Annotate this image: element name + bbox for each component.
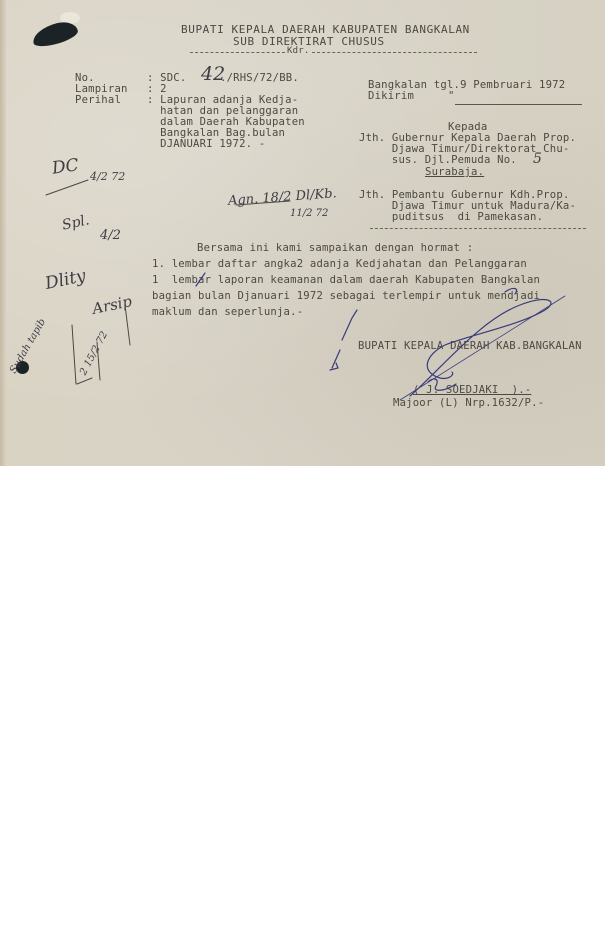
signatory-name: ( J. SOEDJAKI ).- <box>413 385 531 396</box>
no-suffix: ./RHS/72/BB. <box>220 73 299 84</box>
handwritten-note-spl: Spl. <box>61 212 91 233</box>
punch-hole <box>30 19 79 50</box>
handwritten-note-agenda: Agn. 18/2 Dl/Kb. <box>228 186 338 209</box>
handwritten-note-dlity: Dlity <box>43 266 87 294</box>
handwritten-note-arsip: Arsip <box>91 292 134 318</box>
body-line: 1. lembar daftar angka2 adanja Kedjahata… <box>152 259 527 270</box>
body-line: maklum dan seperlunja.- <box>152 307 303 318</box>
handwritten-note-dc-date: 4/2 72 <box>90 170 125 183</box>
signatory-rank: Majoor (L) Nrp.1632/P.- <box>393 398 544 409</box>
addressee-1-no-handwritten: 5 <box>533 151 542 167</box>
letterhead-rule-right <box>312 52 477 53</box>
letterhead-code: Kdr. <box>287 46 309 57</box>
dikirim-rule <box>455 104 582 105</box>
perihal-line: DJANUARI 1972. - <box>147 139 265 150</box>
scanned-letter: BUPATI KEPALA DAERAH KABUPATEN BANGKALAN… <box>0 0 605 466</box>
signatory-title: BUPATI KEPALA DAERAH KAB.BANGKALAN <box>358 341 582 352</box>
scan-edge <box>0 0 6 466</box>
dikirim-label: Dikirim <box>368 91 414 102</box>
letterhead-title: BUPATI KEPALA DAERAH KABUPATEN BANGKALAN <box>181 24 470 35</box>
addressee-2-rule <box>370 228 586 229</box>
letterhead-rule-left <box>190 52 285 53</box>
handwritten-note-agenda-date: 11/2 72 <box>290 208 328 219</box>
dikirim-ditto: " <box>448 91 455 102</box>
perihal-label: Perihal <box>75 95 121 106</box>
handwritten-note-sudah-date: 2 15/2 72 <box>78 330 110 377</box>
body-opening: Bersama ini kami sampaikan dengan hormat… <box>197 243 473 254</box>
addressee-2-line: puditsus di Pamekasan. <box>359 212 543 223</box>
handwritten-note-spl-date: 4/2 <box>100 228 121 243</box>
addressee-1-city: Surabaja. <box>425 167 484 178</box>
handwritten-note-dc: DC <box>51 155 80 179</box>
body-line: bagian bulan Djanuari 1972 sebagai terle… <box>152 291 540 302</box>
addressee-1-line: sus. Djl.Pemuda No. <box>359 155 517 166</box>
body-line: 1 lembar laporan keamanan dalam daerah K… <box>152 275 540 286</box>
